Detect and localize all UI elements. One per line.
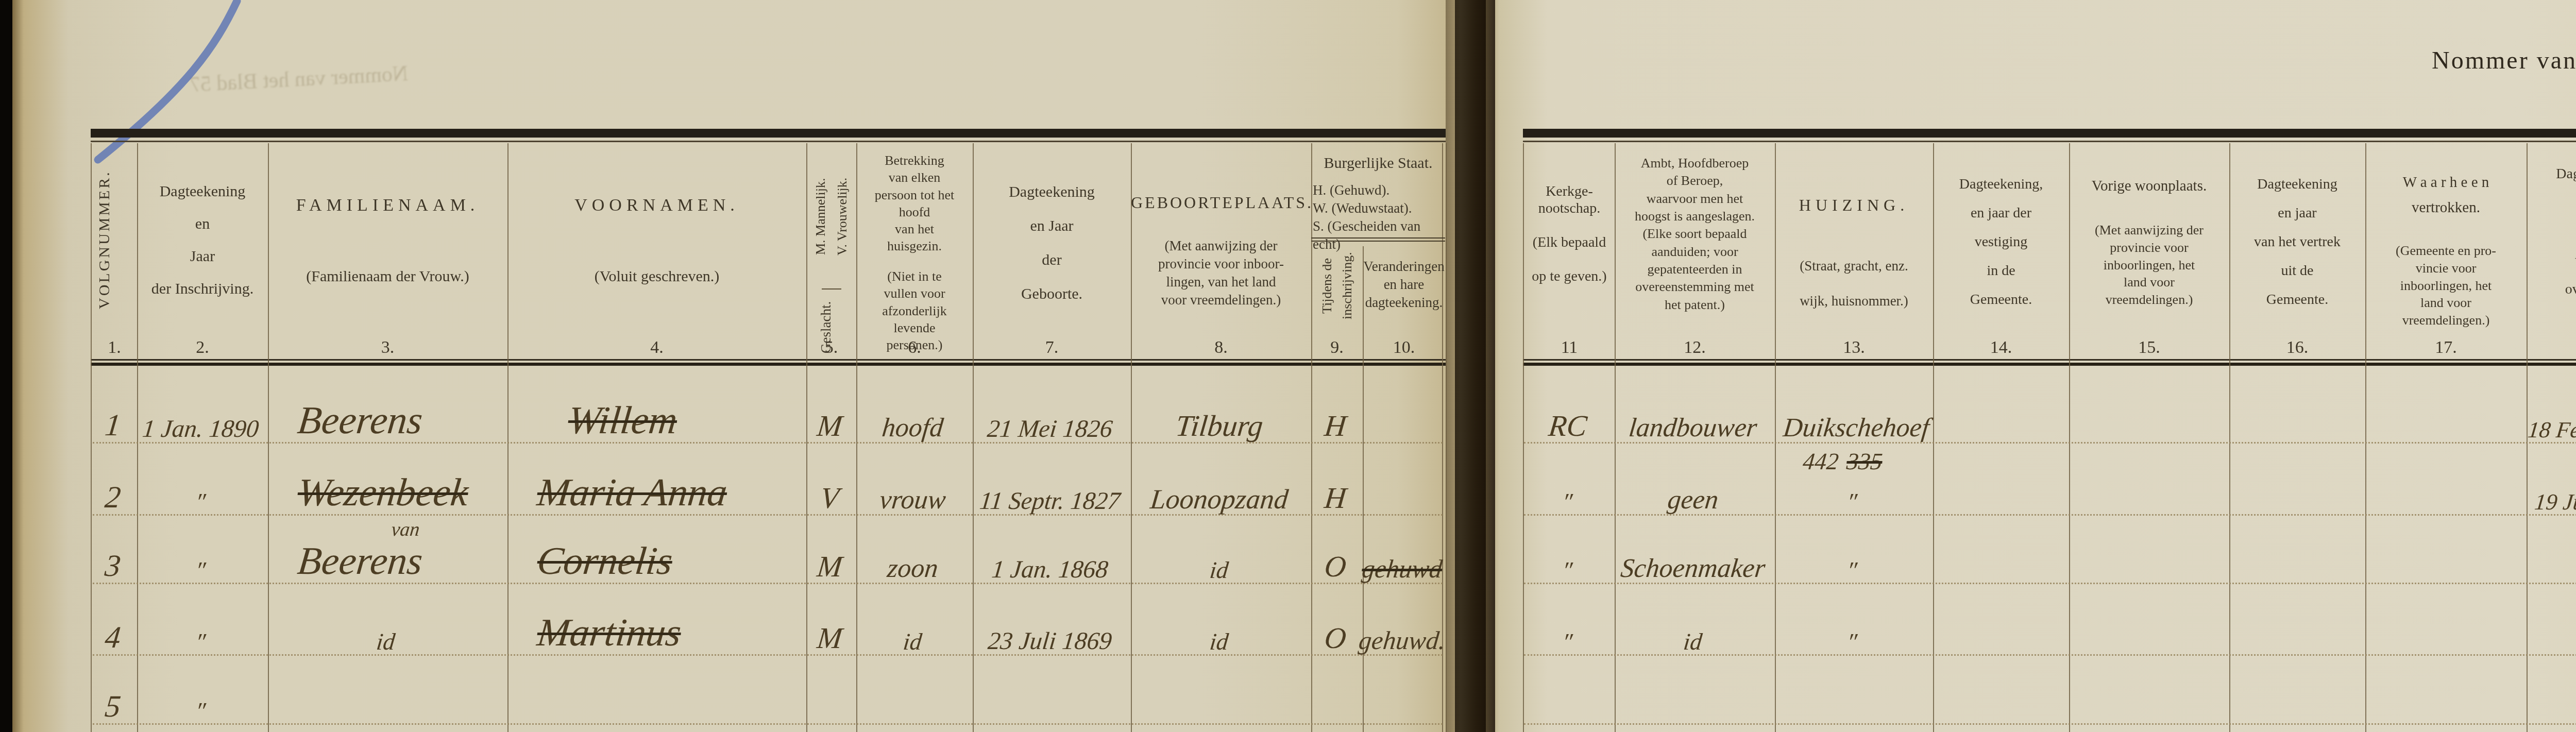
cell-geslacht: M xyxy=(803,591,859,655)
cell-kerkgenootschap: RC xyxy=(1520,379,1618,443)
cell-betrekking: zoon xyxy=(853,520,976,584)
cell-burgerlijke-staat: H xyxy=(1308,379,1366,443)
cell-overlijden: 18 Febr. 1892. xyxy=(2523,379,2576,443)
cell-geboortedatum: 11 Septr. 1827 xyxy=(969,451,1134,515)
header-geboorte: Dagteekening en Jaar der Geboorte. xyxy=(973,175,1131,311)
cell-volgnummer: 4 xyxy=(88,591,140,655)
cell-betrekking: vrouw xyxy=(853,451,976,515)
header-burgerlijke-staat-codes: H. (Gehuwd). W. (Weduwstaat). S. (Gesche… xyxy=(1313,181,1445,253)
column-number: 1. xyxy=(92,328,137,358)
column-number: 17. xyxy=(2365,328,2527,358)
cell-betrekking: id xyxy=(853,591,976,655)
cell-inschrijving: ″ xyxy=(133,591,271,655)
column-number: 11 xyxy=(1524,328,1615,358)
cell-volgnummer: 2 xyxy=(88,451,140,515)
cell-geboorteplaats: Loonopzand xyxy=(1127,451,1314,515)
header-vorige-woonplaats-sub: (Met aanwijzing der provincie voor inboo… xyxy=(2069,222,2229,309)
cell-volgnummer: 3 xyxy=(88,520,140,584)
cell-betrekking: hoofd xyxy=(853,379,976,443)
header-kerkgenootschap: Kerkge- nootschap. (Elk bepaald op te ge… xyxy=(1524,183,1615,285)
cell-huizing: ″ xyxy=(1771,451,1936,515)
sheet-title-label: Nommer van het Blad xyxy=(2432,46,2576,75)
header-familienaam-sub: (Familienaam der Vrouw.) xyxy=(268,268,507,285)
cell-huizing: Duikschehoef xyxy=(1771,379,1946,443)
cell-geslacht: M xyxy=(803,520,859,584)
cell-beroep: Schoenmaker xyxy=(1611,520,1778,584)
book-gutter xyxy=(1446,0,1495,732)
cell-verandering: gehuwd xyxy=(1359,520,1448,584)
header-voornamen-title: VOORNAMEN. xyxy=(507,196,806,215)
column-number: 16. xyxy=(2229,328,2365,358)
column-number: 9. xyxy=(1311,328,1363,358)
column-number: 7. xyxy=(973,328,1131,358)
column-number: 8. xyxy=(1131,328,1311,358)
cell-voornamen: Maria Anna xyxy=(504,451,840,515)
cell-verandering: gehuwd. xyxy=(1359,591,1448,655)
cell-familienaam: Wezenbeek xyxy=(264,451,541,515)
column-rule xyxy=(1446,143,1447,732)
column-number: 14. xyxy=(1933,328,2069,358)
cell-beroep: landbouwer xyxy=(1611,379,1778,443)
column-number: 2. xyxy=(137,328,268,358)
cell-geboorteplaats: id xyxy=(1127,520,1314,584)
cell-overlijden: 19 Juli 1903. xyxy=(2523,451,2576,515)
header-burgerlijke-staat-title: Burgerlijke Staat. xyxy=(1311,155,1445,172)
header-betrekking: Betrekking van elken persoon tot het hoo… xyxy=(856,152,973,255)
column-rule xyxy=(2365,143,2366,732)
column-number: 5. xyxy=(806,328,856,358)
column-number: 3. xyxy=(268,328,507,358)
header-vorige-woonplaats-title: Vorige woonplaats. xyxy=(2069,178,2229,195)
cell-inschrijving: 1 Jan. 1890 xyxy=(133,379,271,443)
cell-inschrijving: ″ xyxy=(133,451,271,515)
cell-voornamen: Martinus xyxy=(504,591,840,655)
cell-geboortedatum: 1 Jan. 1868 xyxy=(969,520,1134,584)
cell-inschrijving: ″ xyxy=(133,520,271,584)
cell-familienaam: Beerens xyxy=(264,520,541,584)
row-baseline xyxy=(93,723,1443,725)
cell-voornamen: Cornelis xyxy=(504,520,840,584)
header-bottom-rule2-left xyxy=(91,363,1446,366)
cell-burgerlijke-staat: O xyxy=(1308,591,1366,655)
cell-beroep: geen xyxy=(1611,451,1778,515)
column-number: 4. xyxy=(507,328,806,358)
header-vestiging: Dagteekening, en jaar der vestiging in d… xyxy=(1933,170,2069,314)
cell-volgnummer: 1 xyxy=(88,379,140,443)
cell-beroep: id xyxy=(1611,591,1778,655)
header-bottom-rule2-right xyxy=(1523,363,2576,366)
register-scan: Nommer van het Blad 57 Nommer van het Bl… xyxy=(0,0,2576,732)
header-waarheen-title: W a a r h e e n vertrokken. xyxy=(2365,170,2527,221)
header-vertrek: Dagteekening en jaar van het vertrek uit… xyxy=(2229,170,2365,314)
column-number: 18. xyxy=(2527,328,2576,358)
cell-huizing: ″ xyxy=(1771,591,1936,655)
header-top-rule-right xyxy=(1523,129,2576,138)
column-number: 13. xyxy=(1775,328,1933,358)
cell-geboortedatum: 23 Juli 1869 xyxy=(969,591,1134,655)
header-huizing-title: HUIZING. xyxy=(1775,196,1933,215)
geslacht-divider xyxy=(822,288,841,290)
header-top-rule2-left xyxy=(91,141,1446,142)
cell-geboorteplaats: id xyxy=(1127,591,1314,655)
header-inschrijving: Dagteekening en Jaar der Inschrijving. xyxy=(137,175,268,305)
cell-burgerlijke-staat: O xyxy=(1308,520,1366,584)
blue-pencil-stroke xyxy=(77,0,294,170)
cell-burgerlijke-staat: H xyxy=(1308,451,1366,515)
cell-familienaam: id xyxy=(264,591,511,655)
column-number: 10. xyxy=(1363,328,1445,358)
cell-familienaam: Beerens xyxy=(264,379,541,443)
cell-geboortedatum: 21 Mei 1826 xyxy=(969,379,1134,443)
cell-volgnummer: 5 xyxy=(88,660,140,724)
header-waarheen-sub: (Gemeente en pro- vincie voor inboorling… xyxy=(2365,242,2527,329)
header-familienaam-title: FAMILIENAAM. xyxy=(268,196,507,215)
cell-huizing: ″ xyxy=(1771,520,1936,584)
header-bottom-rule-left xyxy=(91,359,1446,361)
cell-geslacht: M xyxy=(803,379,859,443)
header-beroep: Ambt, Hoofdberoep of Beroep, waarvoor me… xyxy=(1615,155,1775,314)
header-overlijden: Dagteekening en Jaar van het overlijden. xyxy=(2527,160,2576,304)
cell-kerkgenootschap: ″ xyxy=(1520,451,1618,515)
cell-geslacht: V xyxy=(803,451,859,515)
column-number: 12. xyxy=(1615,328,1775,358)
cell-geboorteplaats: Tilburg xyxy=(1127,379,1314,443)
cell-inschrijving: ″ xyxy=(133,660,271,724)
cell-kerkgenootschap: ″ xyxy=(1520,520,1618,584)
header-geboorteplaats-title: GEBOORTEPLAATS. xyxy=(1131,193,1311,212)
column-number: 6. xyxy=(856,328,973,358)
header-top-rule-left xyxy=(91,129,1446,138)
header-voornamen-sub: (Voluit geschreven.) xyxy=(507,268,806,285)
header-tijdens-inschrijving: Tijdens de inschrijving. xyxy=(1317,247,1368,325)
header-veranderingen: Veranderingen en hare dagteekening. xyxy=(1363,258,1445,312)
header-geslacht-mv: M. Mannelijk. V. Vrouwelijk. xyxy=(810,149,860,283)
header-bottom-rule-right xyxy=(1523,359,2576,361)
row-baseline xyxy=(1524,723,2576,725)
header-huizing-sub: (Straat, gracht, enz. wijk, huisnommer.) xyxy=(1775,258,1933,310)
column-number: 15. xyxy=(2069,328,2229,358)
header-top-rule2-right xyxy=(1523,141,2576,142)
header-volgnummer: VOLGNUMMER. xyxy=(96,155,141,325)
cell-kerkgenootschap: ″ xyxy=(1520,591,1618,655)
header-geboorteplaats-sub: (Met aanwijzing der provincie voor inboo… xyxy=(1131,237,1311,309)
